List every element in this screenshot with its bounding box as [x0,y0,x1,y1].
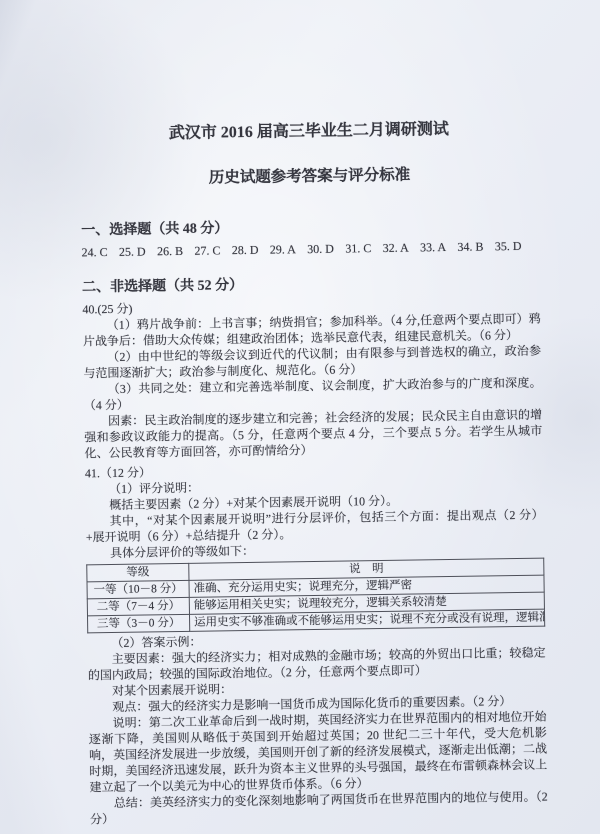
answer-item: 34. B [457,238,483,254]
grade-cell: 一等（10－8 分） [87,580,189,599]
answer-item: 35. D [495,238,522,254]
scanned-document-page: 武汉市 2016 届高三毕业生二月调研测试 历史试题参考答案与评分标准 一、选择… [0,0,600,834]
q41-paragraph: 说明：第二次工业革命后到一战时期，英国经济实力在世界范围内的相对地位开始逐渐下降… [88,709,547,796]
q40-paragraph: 因素：民主政治制度的逐步建立和完善；社会经济的发展；民众民主自由意识的增强和参政… [84,407,543,462]
grade-cell: 三等（3－0 分） [87,614,189,633]
answer-item: 31. C [345,240,371,256]
answer-item: 26. B [157,243,183,259]
document-title-line1: 武汉市 2016 届高三毕业生二月调研测试 [80,119,538,146]
multiple-choice-answers-row: 24. C 25. D 26. B 27. C 28. D 29. A 30. … [81,238,521,261]
answer-item: 29. A [270,241,296,257]
answer-item: 32. A [383,240,409,256]
section-heading-multiple-choice: 一、选择题（共 48 分） [81,216,539,241]
answer-item: 24. C [81,244,107,260]
page-number: 1 [0,786,600,801]
section-heading-free-response: 二、非选择题（共 52 分） [82,273,540,298]
answer-item: 28. D [232,242,259,258]
answer-item: 27. C [194,242,220,258]
grading-scale-table: 等级 说 明 一等（10－8 分） 准确、充分运用史实；说理充分，逻辑严密 二等… [86,558,545,634]
grade-cell: 二等（7－4 分） [87,597,189,616]
table-header-grade: 等级 [87,563,189,582]
answer-item: 25. D [119,243,146,259]
document-content: 武汉市 2016 届高三毕业生二月调研测试 历史试题参考答案与评分标准 一、选择… [78,0,548,827]
answer-item: 33. A [420,239,446,255]
document-title-line2: 历史试题参考答案与评分标准 [80,164,538,191]
answer-item: 30. D [307,241,334,257]
